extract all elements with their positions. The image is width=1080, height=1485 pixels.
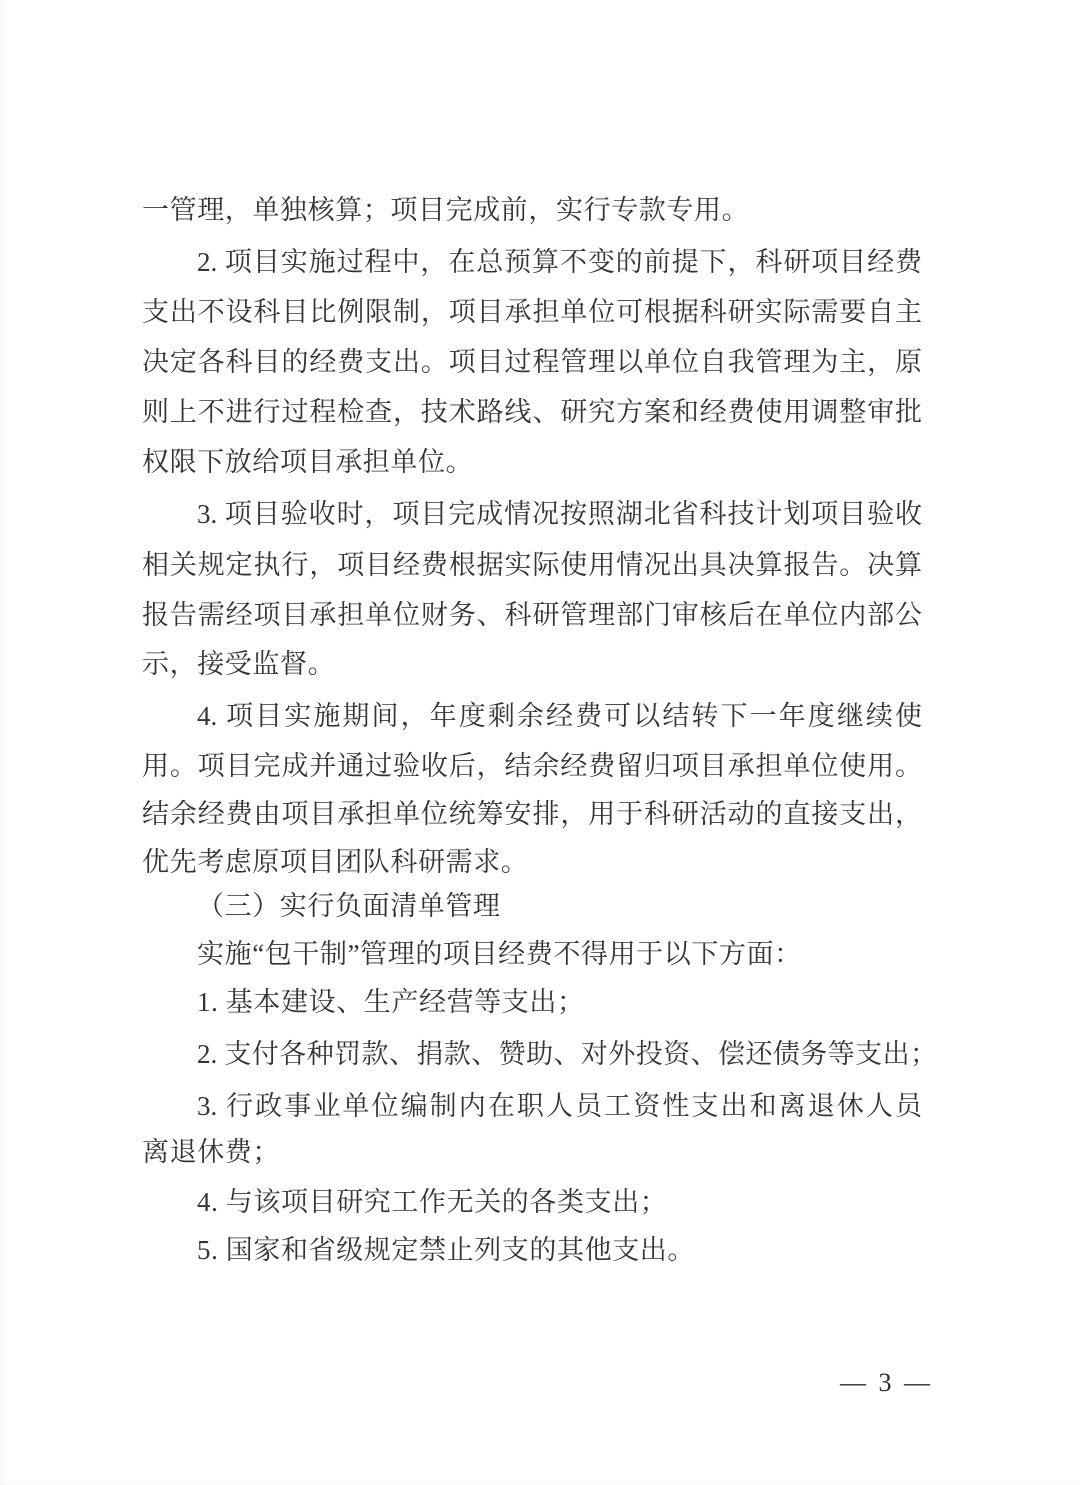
text-line: 决定各科目的经费支出。项目过程管理以单位自我管理为主，原 — [142, 345, 922, 379]
text-line: 相关规定执行，项目经费根据实际使用情况出具决算报告。决算 — [142, 548, 922, 582]
text-line: 用。项目完成并通过验收后，结余经费留归项目承担单位使用。 — [142, 749, 922, 783]
text-line: 权限下放给项目承担单位。 — [142, 445, 473, 479]
text-line: 3. 项目验收时，项目完成情况按照湖北省科技计划项目验收 — [197, 497, 922, 531]
section-heading: （三）实行负面清单管理 — [197, 889, 501, 923]
list-item: 离退休费； — [142, 1135, 280, 1169]
text-line: 实施“包干制”管理的项目经费不得用于以下方面： — [197, 937, 802, 971]
text-line: 结余经费由项目承担单位统筹安排，用于科研活动的直接支出， — [142, 797, 922, 831]
list-item: 2. 支付各种罚款、捐款、赞助、对外投资、偿还债务等支出； — [197, 1037, 937, 1071]
list-item: 5. 国家和省级规定禁止列支的其他支出。 — [197, 1233, 695, 1267]
text-line: 2. 项目实施过程中，在总预算不变的前提下，科研项目经费 — [197, 245, 922, 279]
text-line: 4. 项目实施期间，年度剩余经费可以结转下一年度继续使 — [197, 699, 922, 733]
list-item: 1. 基本建设、生产经营等支出； — [197, 985, 585, 1019]
text-line: 则上不进行过程检查，技术路线、研究方案和经费使用调整审批 — [142, 395, 922, 429]
list-item: 3. 行政事业单位编制内在职人员工资性支出和离退休人员 — [197, 1089, 922, 1123]
text-line: 一管理，单独核算；项目完成前，实行专款专用。 — [142, 193, 749, 227]
text-line: 支出不设科目比例限制，项目承担单位可根据科研实际需要自主 — [142, 295, 922, 329]
page-number: — 3 — — [840, 1368, 933, 1398]
scanned-document-page: 一管理，单独核算；项目完成前，实行专款专用。 2. 项目实施过程中，在总预算不变… — [0, 0, 1080, 1485]
text-line: 优先考虑原项目团队科研需求。 — [142, 845, 528, 879]
list-item: 4. 与该项目研究工作无关的各类支出； — [197, 1185, 667, 1219]
text-line: 报告需经项目承担单位财务、科研管理部门审核后在单位内部公 — [142, 598, 922, 632]
text-line: 示，接受监督。 — [142, 647, 335, 681]
